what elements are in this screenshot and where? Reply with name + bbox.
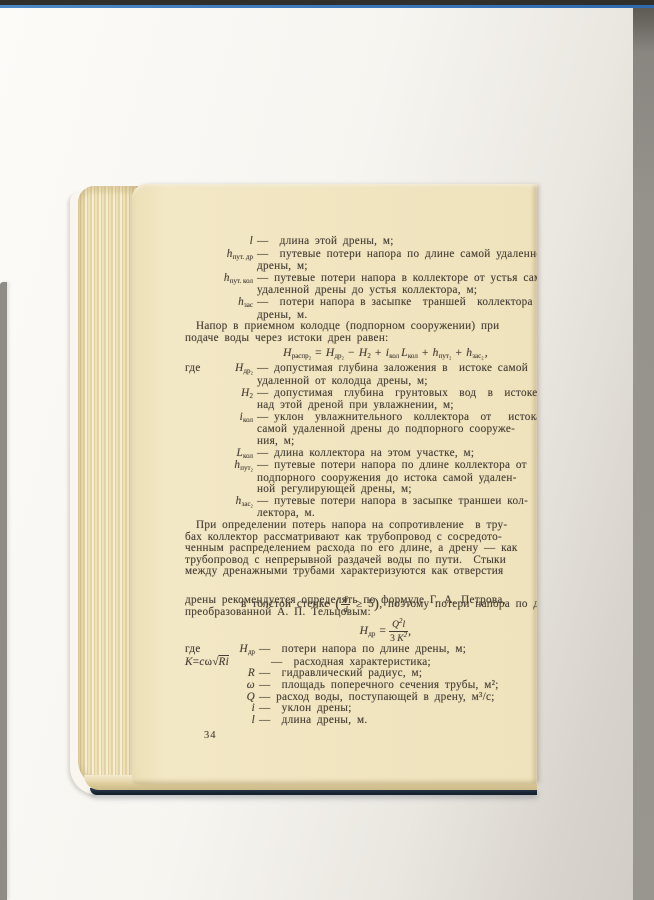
definition-row: ω— площадь поперечного сечения трубы, м²… [185, 680, 537, 692]
formula-20: Hраспр₂=Hдр₂−H2+iколLкол+hпут₂+hзас₂, (2… [185, 344, 537, 363]
page-number: 34 [204, 730, 217, 741]
definition-row: hзас₂— путевые потери напора в засыпке т… [185, 496, 537, 509]
book: l— длина этой дрены, м; hпут. др— путевы… [78, 184, 537, 795]
scan-top-blue-strip [0, 5, 654, 8]
definition-row-cont: самой удаленной дрены до подпорного соор… [185, 424, 537, 436]
definition-row-cont: удаленной от колодца дрены, м; [185, 376, 537, 388]
definition-row-cont: над этой дреной при увлажнении, м; [185, 400, 537, 412]
paragraph-line: дрены рекомендуется определять по формул… [185, 595, 537, 607]
book-left-page-stack [78, 186, 138, 787]
definition-row: l— длина этой дрены, м; [185, 236, 537, 249]
definition-row: Q— расход воды, поступающей в дрену, м³/… [185, 692, 537, 704]
formula-21: Hдр=Q2l3 K2, (21) [185, 618, 537, 644]
page-text-block: l— длина этой дрены, м; hпут. др— путевы… [185, 236, 537, 726]
definition-row: гдеHдр— потери напора по длине дрены, м; [185, 644, 537, 657]
paragraph-line-with-fraction: в толстой стенке (δd ≥ 5), поэтому потер… [185, 578, 537, 595]
definition-row: hпут. др— путевые потери напора по длине… [185, 249, 537, 262]
scan-left-edge-strip [0, 282, 7, 900]
definition-row: hзас— потери напора в засыпке траншей ко… [185, 297, 537, 310]
definition-row: l— длина дрены, м. [185, 715, 537, 727]
formula-term: Hраспр₂ [283, 347, 311, 359]
book-page: l— длина этой дрены, м; hпут. др— путевы… [132, 184, 537, 784]
scanner-background: l— длина этой дрены, м; hпут. др— путевы… [0, 0, 654, 900]
scan-right-edge-strip [633, 8, 654, 900]
paragraph-line: Напор в приемном колодце (подпорном соор… [185, 321, 537, 333]
q2l-3k2-fraction: Q2l3 K2 [389, 618, 408, 645]
paragraph-line: При определении потерь напора на сопроти… [185, 520, 537, 532]
definition-row: hпут₂— путевые потери напора по длине ко… [185, 460, 537, 473]
paragraph-line: между дренажными трубами характеризуются… [185, 566, 537, 578]
paragraph-line: подаче воды через истоки дрен равен: [185, 333, 537, 345]
